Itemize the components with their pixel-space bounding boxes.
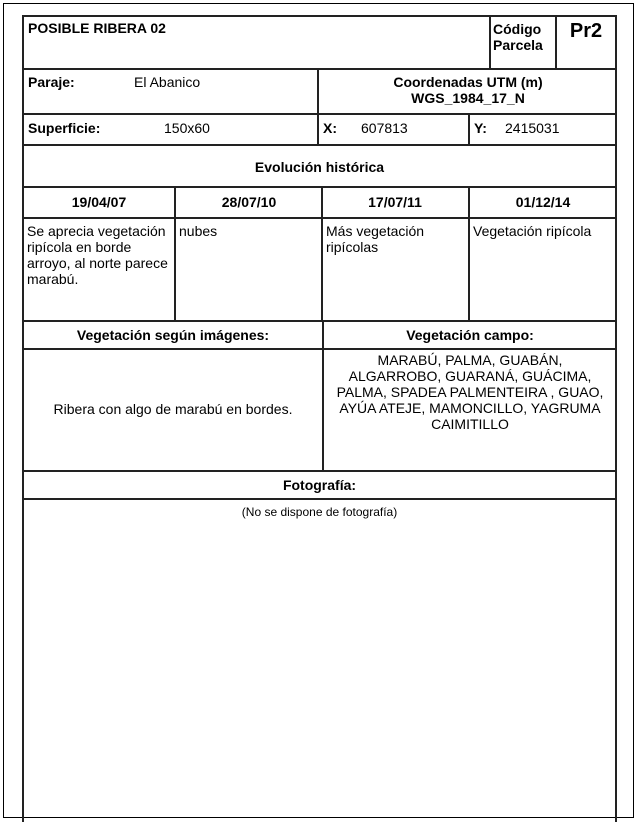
- divider: [468, 113, 470, 144]
- divider: [24, 144, 615, 146]
- evolucion-date-3: 17/07/11: [322, 194, 468, 210]
- divider: [24, 186, 615, 188]
- evolucion-text-4: Vegetación ripícola: [473, 223, 613, 239]
- codigo-label-line1: Código: [493, 21, 555, 37]
- divider: [321, 186, 323, 320]
- divider: [24, 113, 615, 115]
- divider: [24, 348, 615, 350]
- divider: [489, 17, 491, 68]
- parcel-record-sheet: POSIBLE RIBERA 02 Código Parcela Pr2 Par…: [22, 15, 617, 822]
- record-title: POSIBLE RIBERA 02: [28, 20, 166, 36]
- coords-system-text: WGS_1984_17_N: [319, 90, 617, 106]
- y-value: 2415031: [505, 120, 560, 136]
- codigo-label-line2: Parcela: [493, 37, 555, 53]
- y-label: Y:: [474, 120, 487, 136]
- paraje-value: El Abanico: [134, 74, 200, 90]
- vegetacion-campo-value: MARABÚ, PALMA, GUABÁN, ALGARROBO, GUARAN…: [330, 352, 610, 432]
- codigo-parcela-label: Código Parcela: [493, 21, 555, 53]
- divider: [322, 320, 324, 470]
- evolucion-date-4: 01/12/14: [470, 194, 616, 210]
- coords-title-text: Coordenadas UTM (m): [319, 74, 617, 90]
- fotografia-label: Fotografía:: [24, 477, 615, 493]
- evolucion-title: Evolución histórica: [24, 159, 615, 175]
- evolucion-text-3: Más vegetación ripícolas: [326, 223, 468, 255]
- coordinates-title: Coordenadas UTM (m) WGS_1984_17_N: [319, 74, 617, 106]
- superficie-value: 150x60: [164, 120, 210, 136]
- evolucion-text-1: Se aprecia vegetación ripícola en borde …: [27, 223, 173, 287]
- vegetacion-imagenes-value: Ribera con algo de marabú en bordes.: [24, 401, 322, 417]
- evolucion-date-1: 19/04/07: [24, 194, 174, 210]
- divider: [174, 186, 176, 320]
- vegetacion-campo-label: Vegetación campo:: [324, 327, 616, 343]
- divider: [468, 186, 470, 320]
- divider: [24, 217, 615, 219]
- x-label: X:: [323, 120, 337, 136]
- superficie-label: Superficie:: [28, 120, 100, 136]
- vegetacion-imagenes-label: Vegetación según imágenes:: [24, 327, 322, 343]
- codigo-parcela-value: Pr2: [557, 23, 615, 39]
- divider: [24, 68, 615, 70]
- x-value: 607813: [361, 120, 408, 136]
- evolucion-text-2: nubes: [179, 223, 321, 239]
- paraje-label: Paraje:: [28, 74, 75, 90]
- photo-area: [24, 500, 615, 820]
- divider: [24, 320, 615, 322]
- divider: [24, 470, 615, 472]
- evolucion-date-2: 28/07/10: [176, 194, 322, 210]
